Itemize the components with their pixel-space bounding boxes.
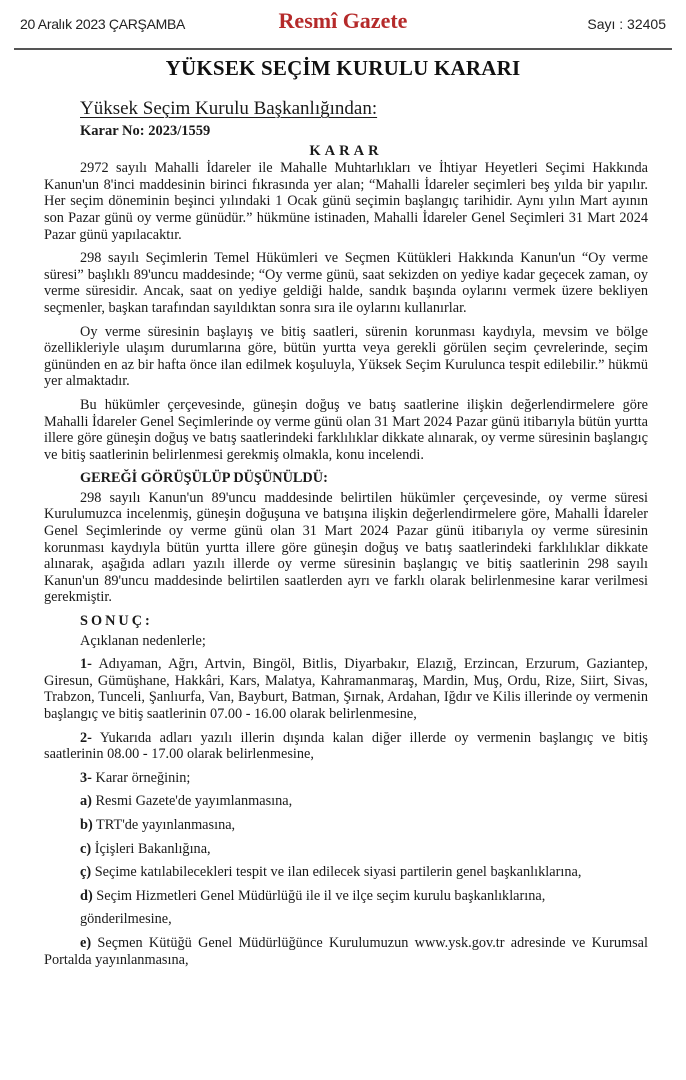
item-label: 2- xyxy=(80,730,92,746)
subitem-label: c) xyxy=(80,841,91,857)
item-text: Adıyaman, Ağrı, Artvin, Bingöl, Bitlis, … xyxy=(44,656,648,722)
item-label: 3- xyxy=(80,770,92,786)
issuing-authority: Yüksek Seçim Kurulu Başkanlığından: xyxy=(80,98,648,120)
paragraph: 2972 sayılı Mahalli İdareler ile Mahalle… xyxy=(44,160,648,243)
paragraph: Bu hükümler çerçevesinde, güneşin doğuş … xyxy=(44,397,648,463)
item-label: 1- xyxy=(80,656,92,672)
subitem-text: Resmi Gazete'de yayımlanmasına, xyxy=(96,793,293,809)
subitem-label: e) xyxy=(80,935,91,951)
subitem-d: d) Seçim Hizmetleri Genel Müdürlüğü ile … xyxy=(44,888,648,905)
subitem-c: c) İçişleri Bakanlığına, xyxy=(44,841,648,858)
deliberation-paragraph: 298 sayılı Kanun'un 89'uncu maddesinde b… xyxy=(44,490,648,606)
result-item-3: 3- Karar örneğinin; xyxy=(44,770,648,787)
result-item-1: 1- Adıyaman, Ağrı, Artvin, Bingöl, Bitli… xyxy=(44,656,648,722)
sent-line: gönderilmesine, xyxy=(80,911,648,928)
subitem-c-cedilla: ç) Seçime katılabilecekleri tespit ve il… xyxy=(44,864,648,881)
gazette-masthead: 20 Aralık 2023 ÇARŞAMBA Resmî Gazete Say… xyxy=(14,0,672,50)
result-item-2: 2- Yukarıda adları yazılı illerin dışınd… xyxy=(44,730,648,763)
decision-number: Karar No: 2023/1559 xyxy=(80,123,648,140)
subitem-b: b) TRT'de yayınlanmasına, xyxy=(44,817,648,834)
paragraph: Oy verme süresinin başlayış ve bitiş saa… xyxy=(44,324,648,390)
document-body: Yüksek Seçim Kurulu Başkanlığından: Kara… xyxy=(44,98,648,975)
result-intro: Açıklanan nedenlerle; xyxy=(80,633,648,650)
subitem-text: Seçim Hizmetleri Genel Müdürlüğü ile il … xyxy=(96,888,545,904)
deliberation-heading: GEREĞİ GÖRÜŞÜLÜP DÜŞÜNÜLDÜ: xyxy=(80,470,648,487)
subitem-label: a) xyxy=(80,793,92,809)
subitem-label: ç) xyxy=(80,864,91,880)
subitem-e: e) Seçmen Kütüğü Genel Müdürlüğünce Kuru… xyxy=(44,935,648,968)
subitem-text: Seçime katılabilecekleri tespit ve ilan … xyxy=(95,864,582,880)
issue-number: Sayı : 32405 xyxy=(587,16,666,32)
subitem-label: d) xyxy=(80,888,93,904)
subitem-a: a) Resmi Gazete'de yayımlanmasına, xyxy=(44,793,648,810)
document-title: YÜKSEK SEÇİM KURULU KARARI xyxy=(0,56,686,81)
paragraph: 298 sayılı Seçimlerin Temel Hükümleri ve… xyxy=(44,250,648,316)
subitem-text: Seçmen Kütüğü Genel Müdürlüğünce Kurulum… xyxy=(44,935,648,968)
result-heading: SONUÇ: xyxy=(80,613,648,630)
subitem-text: İçişleri Bakanlığına, xyxy=(95,841,211,857)
subitem-label: b) xyxy=(80,817,93,833)
item-text: Karar örneğinin; xyxy=(96,770,191,786)
karar-heading: KARAR xyxy=(44,143,648,160)
gazette-title: Resmî Gazete xyxy=(14,8,672,34)
subitem-text: TRT'de yayınlanmasına, xyxy=(96,817,235,833)
item-text: Yukarıda adları yazılı illerin dışında k… xyxy=(44,730,648,763)
